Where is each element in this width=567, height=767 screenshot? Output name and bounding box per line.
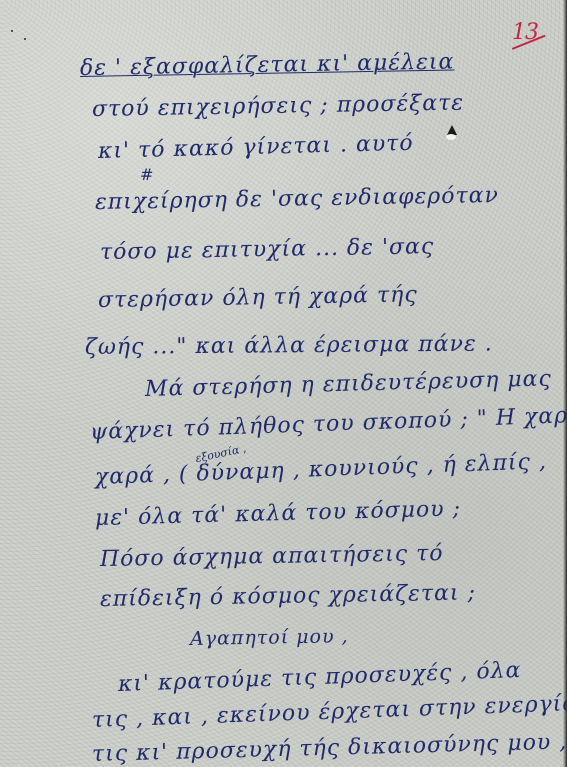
manuscript-line-8: Μά στερήση η επιδευτέρευση μας [145, 366, 552, 402]
manuscript-line-7: ζωής ..." και άλλα έρεισμα πάνε . [85, 331, 493, 360]
manuscript-line-1: δε ' εξασφαλίζεται κι' αμέλεια [80, 49, 455, 81]
margin-hash-mark: # [140, 165, 153, 184]
manuscript-line-16: τις , και , εκείνου έρχεται στην ενεργία [92, 691, 567, 733]
manuscript-line-17: τις κι' προσευχή τής δικαιοσύνης μου , [92, 730, 567, 767]
manuscript-line-13: επίδειξη ό κόσμος χρειάζεται ; [100, 580, 476, 612]
manuscript-line-15: κι' κρατούμε τις προσευχές , όλα [118, 658, 522, 697]
manuscript-line-5: τόσο με επιτυχία ... δε 'σας [100, 234, 435, 265]
manuscript-line-3: κι' τό κακό γίνεται . αυτό [98, 131, 414, 164]
manuscript-line-10: χαρά , ( δύναμη , κουνιούς , ή ελπίς , [95, 449, 548, 490]
manuscript-line-9: ψάχνει τό πλήθος του σκοπού ; " Η χαρά , [90, 402, 567, 445]
paper-speck [24, 38, 26, 40]
manuscript-line-4: επιχείρηση δε 'σας ενδιαφερόταν [95, 183, 499, 215]
paper-speck [11, 30, 13, 32]
page-number: 13 [512, 20, 538, 45]
manuscript-salutation: Αγαπητοί μου , [190, 625, 349, 650]
page-edge-shadow [563, 0, 567, 767]
manuscript-page: 13 δε ' εξασφαλίζεται κι' αμέλεια στού ε… [0, 0, 567, 767]
manuscript-line-2: στού επιχειρήσεις ; προσέξατε [92, 91, 465, 122]
manuscript-line-11: με' όλα τά' καλά του κόσμου ; [95, 496, 462, 531]
manuscript-line-12: Πόσο άσχημα απαιτήσεις τό [100, 541, 444, 572]
paper-hole [446, 134, 456, 140]
manuscript-line-6: στερήσαν όλη τή χαρά τής [98, 282, 418, 313]
